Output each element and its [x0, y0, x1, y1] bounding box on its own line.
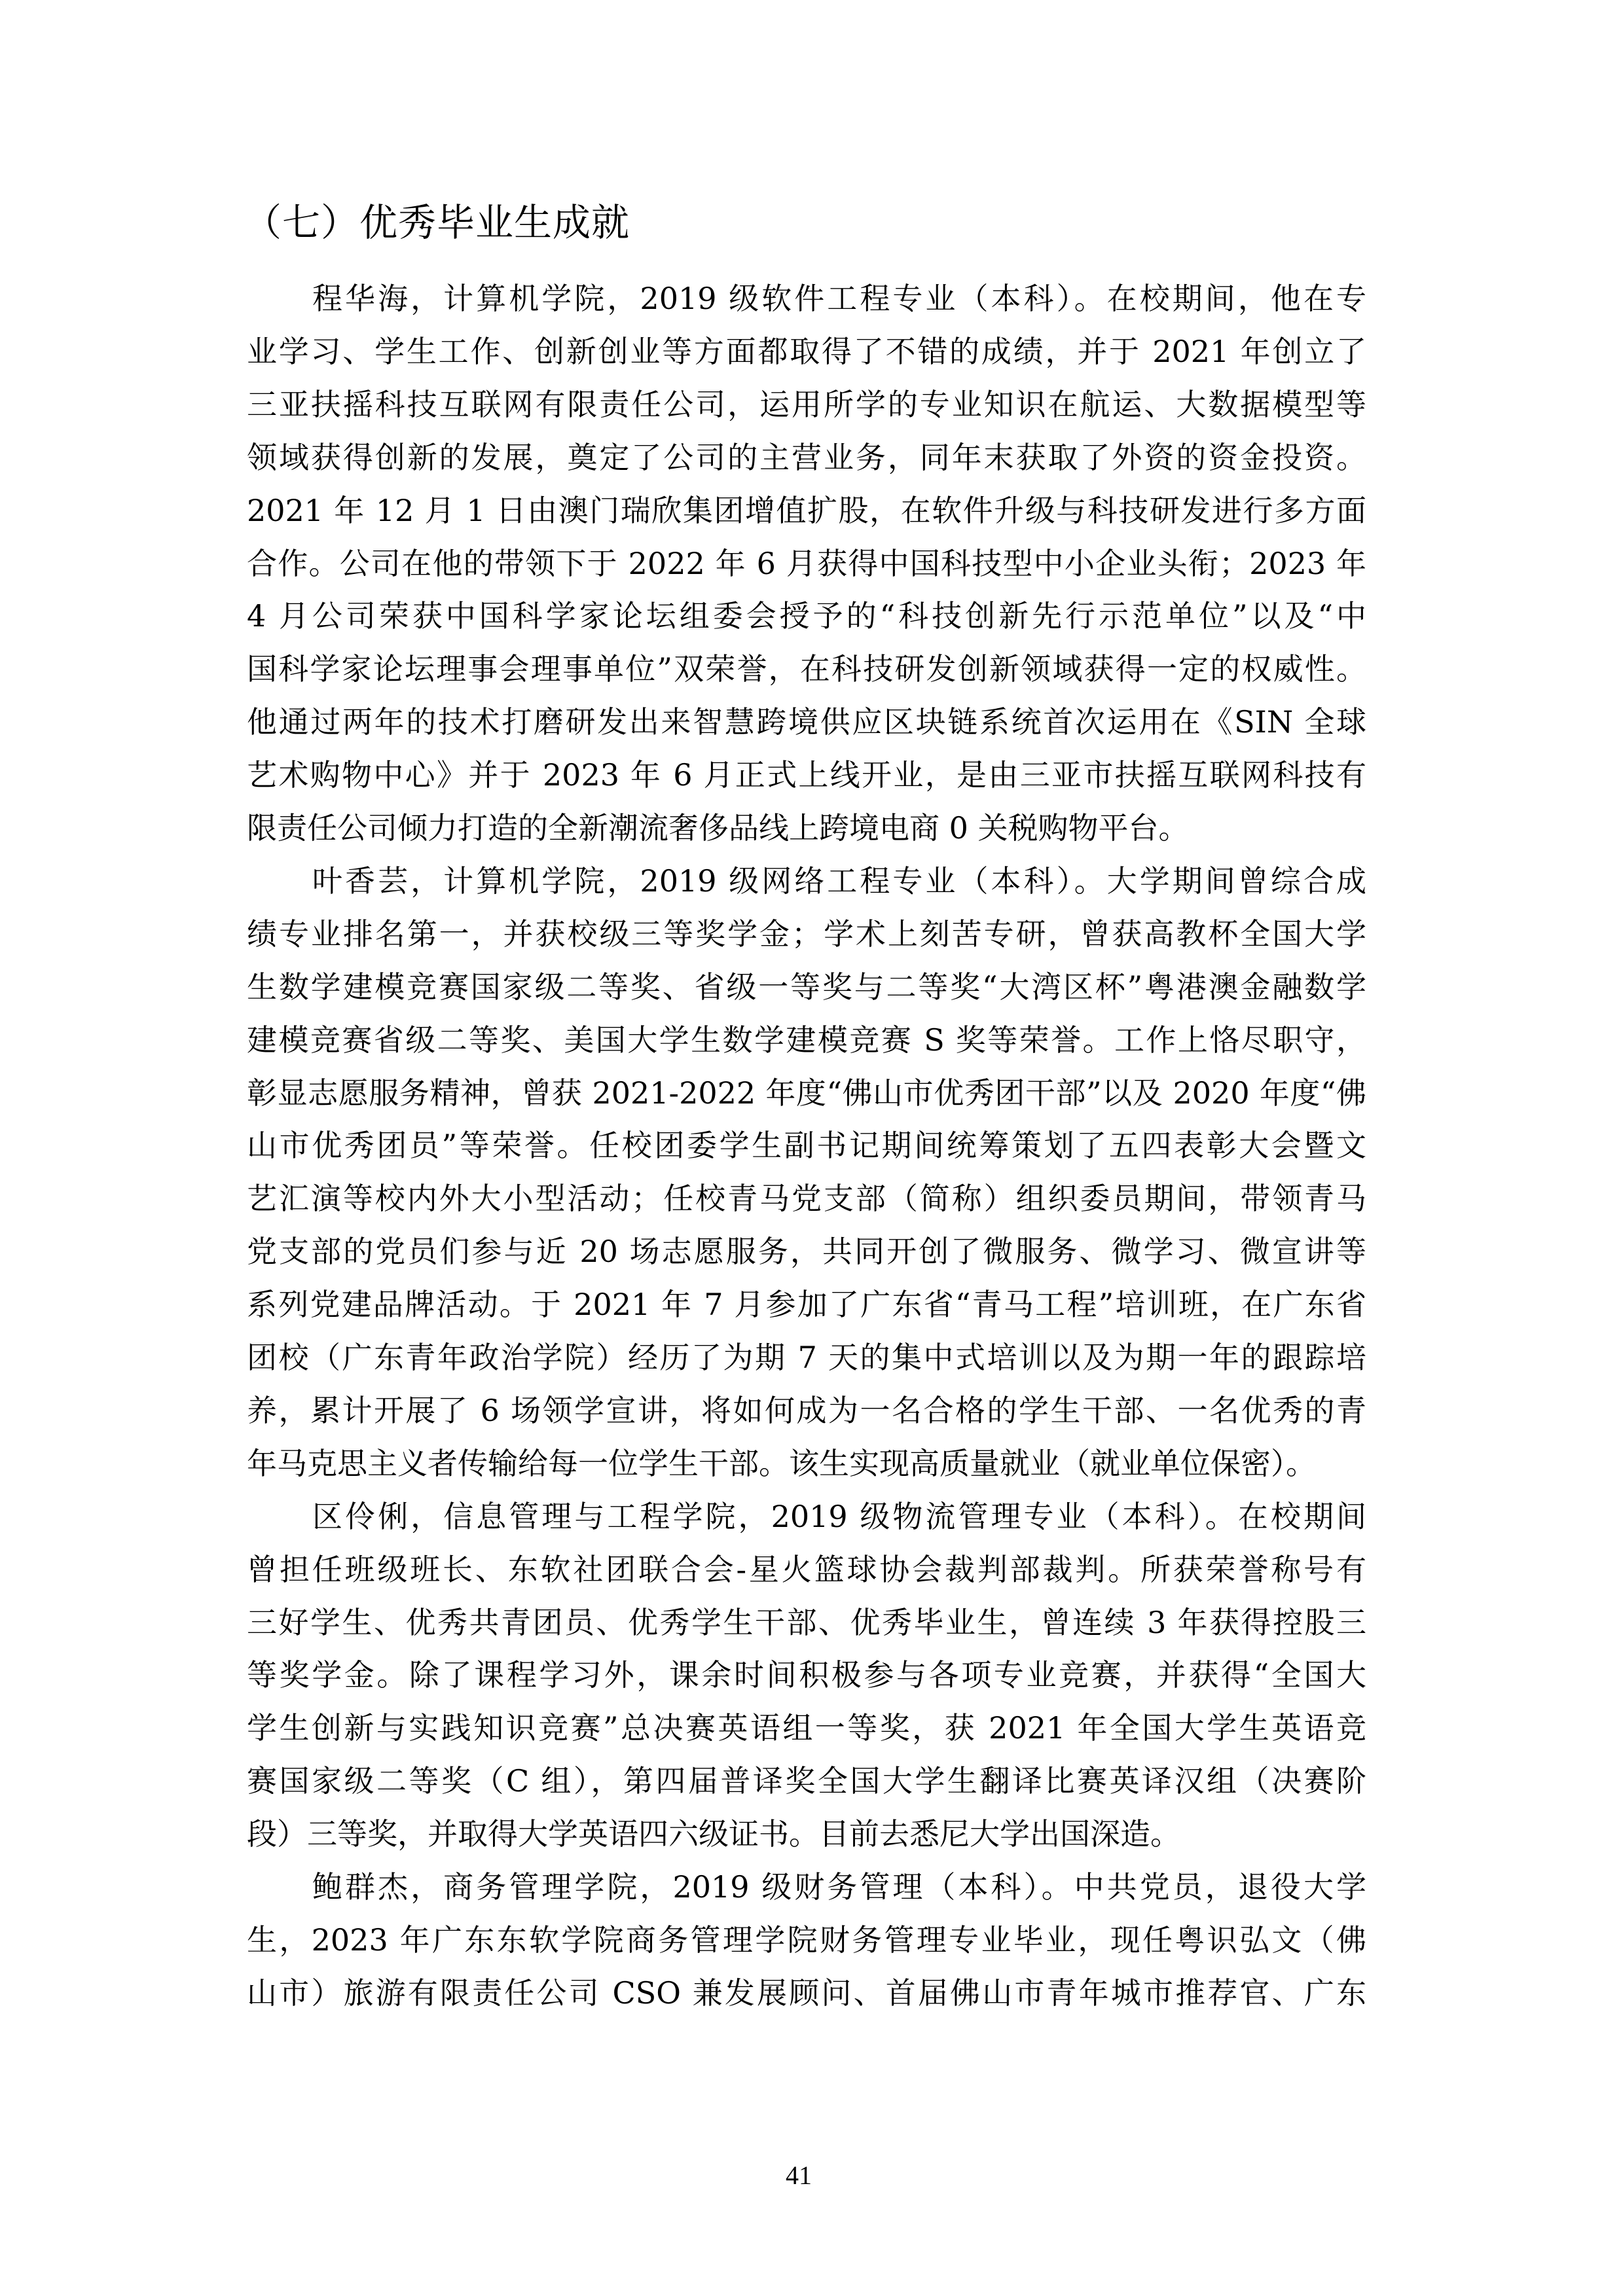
text-line: 团校（广东青年政治学院）经历了为期 7 天的集中式培训以及为期一年的跟踪培 [247, 1334, 1366, 1387]
text-line: 山市）旅游有限责任公司 CSO 兼发展顾问、首届佛山市青年城市推荐官、广东 [247, 1969, 1366, 2022]
text-line: 学生创新与实践知识竞赛”总决赛英语组一等奖，获 2021 年全国大学生英语竞 [247, 1704, 1366, 1757]
page-number: 41 [779, 2160, 818, 2191]
text-line: 绩专业排名第一，并获校级三等奖学金；学术上刻苦专研，曾获高教杯全国大学 [247, 910, 1366, 963]
text-line: 曾担任班级班长、东软社团联合会-星火篮球协会裁判部裁判。所获荣誉称号有 [247, 1546, 1366, 1599]
text-line: 4 月公司荣获中国科学家论坛组委会授予的“科技创新先行示范单位”以及“中 [247, 592, 1366, 645]
text-line: 2021 年 12 月 1 日由澳门瑞欣集团增值扩股，在软件升级与科技研发进行多… [247, 487, 1366, 540]
text-line: 领域获得创新的发展，奠定了公司的主营业务，同年末获取了外资的资金投资。 [247, 434, 1366, 487]
text-line: 生，2023 年广东东软学院商务管理学院财务管理专业毕业，现任粤识弘文（佛 [247, 1916, 1366, 1969]
text-line: 限责任公司倾力打造的全新潮流奢侈品线上跨境电商 0 关税购物平台。 [247, 804, 1366, 857]
text-line: 党支部的党员们参与近 20 场志愿服务，共同开创了微服务、微学习、微宣讲等 [247, 1228, 1366, 1281]
text-line: 程华海，计算机学院，2019 级软件工程专业（本科）。在校期间，他在专 [312, 275, 1366, 328]
text-line: 区伶俐，信息管理与工程学院，2019 级物流管理专业（本科）。在校期间 [312, 1493, 1366, 1546]
text-line: 业学习、学生工作、创新创业等方面都取得了不错的成绩，并于 2021 年创立了 [247, 328, 1366, 381]
text-line: 养，累计开展了 6 场领学宣讲，将如何成为一名合格的学生干部、一名优秀的青 [247, 1387, 1366, 1440]
text-line: 建模竞赛省级二等奖、美国大学生数学建模竞赛 S 奖等荣誉。工作上恪尽职守， [247, 1016, 1366, 1069]
text-line: 三好学生、优秀共青团员、优秀学生干部、优秀毕业生，曾连续 3 年获得控股三 [247, 1599, 1366, 1652]
document-page: （七）优秀毕业生成就 程华海，计算机学院，2019 级软件工程专业（本科）。在校… [0, 0, 1623, 2296]
text-line: 合作。公司在他的带领下于 2022 年 6 月获得中国科技型中小企业头衔；202… [247, 540, 1366, 593]
text-line: 年马克思主义者传输给每一位学生干部。该生实现高质量就业（就业单位保密）。 [247, 1440, 1366, 1493]
text-line: 三亚扶摇科技互联网有限责任公司，运用所学的专业知识在航运、大数据模型等 [247, 381, 1366, 434]
section-heading: （七）优秀毕业生成就 [244, 196, 630, 249]
text-line: 等奖学金。除了课程学习外，课余时间积极参与各项专业竞赛，并获得“全国大 [247, 1651, 1366, 1704]
text-line: 国科学家论坛理事会理事单位”双荣誉，在科技研发创新领域获得一定的权威性。 [247, 645, 1366, 698]
text-line: 彰显志愿服务精神，曾获 2021-2022 年度“佛山市优秀团干部”以及 202… [247, 1069, 1366, 1122]
text-line: 艺汇演等校内外大小型活动；任校青马党支部（简称）组织委员期间，带领青马 [247, 1175, 1366, 1228]
text-line: 生数学建模竞赛国家级二等奖、省级一等奖与二等奖“大湾区杯”粤港澳金融数学 [247, 963, 1366, 1016]
text-line: 赛国家级二等奖（C 组），第四届普译奖全国大学生翻译比赛英译汉组（决赛阶 [247, 1757, 1366, 1810]
text-line: 叶香芸，计算机学院，2019 级网络工程专业（本科）。大学期间曾综合成 [312, 857, 1366, 910]
text-line: 山市优秀团员”等荣誉。任校团委学生副书记期间统筹策划了五四表彰大会暨文 [247, 1122, 1366, 1175]
text-line: 艺术购物中心》并于 2023 年 6 月正式上线开业，是由三亚市扶摇互联网科技有 [247, 751, 1366, 804]
text-line: 系列党建品牌活动。于 2021 年 7 月参加了广东省“青马工程”培训班，在广东… [247, 1281, 1366, 1334]
text-line: 段）三等奖，并取得大学英语四六级证书。目前去悉尼大学出国深造。 [247, 1810, 1366, 1863]
text-line: 他通过两年的技术打磨研发出来智慧跨境供应区块链系统首次运用在《SIN 全球 [247, 698, 1366, 751]
text-line: 鲍群杰，商务管理学院，2019 级财务管理（本科）。中共党员，退役大学 [312, 1863, 1366, 1916]
